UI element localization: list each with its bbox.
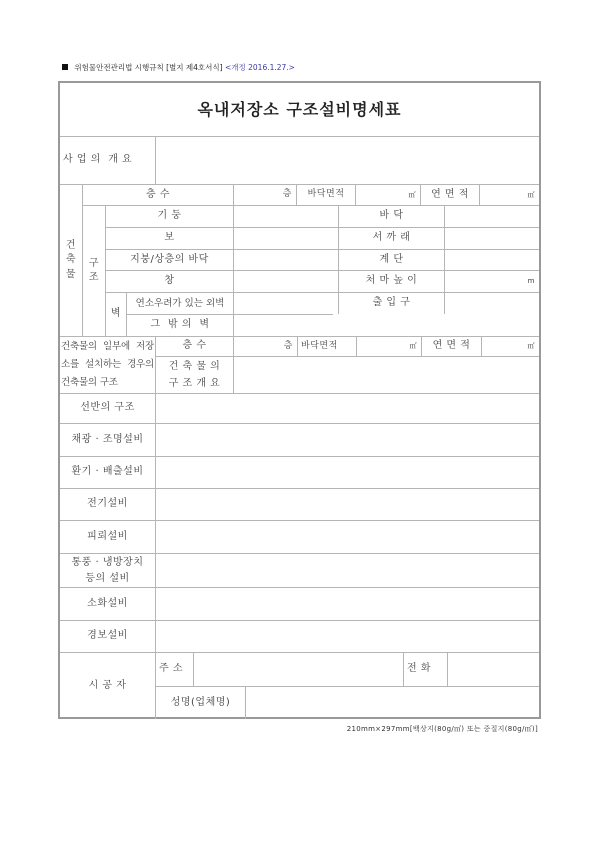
law-reference-header: 위험물안전관리법 시행규칙 [별지 제4호서식] <개정 2016.1.27.> bbox=[62, 62, 295, 73]
total-area-label: 연 면 적 bbox=[421, 185, 479, 205]
ventilation-label: 환기 · 배출설비 bbox=[60, 457, 155, 488]
stairs-label: 계 단 bbox=[339, 250, 444, 270]
lighting-label: 채광 · 조명설비 bbox=[60, 424, 155, 456]
paper-spec-note: 210mm×297mm[백상지(80g/㎡) 또는 중질지(80g/㎡)] bbox=[347, 724, 538, 734]
eave-height-label: 처 마 높 이 bbox=[339, 271, 444, 292]
shelf-structure-field[interactable] bbox=[156, 394, 539, 423]
business-summary-label: 사 업 의 개 요 bbox=[60, 137, 155, 184]
company-name-label: 성명(업체명) bbox=[156, 687, 245, 719]
roof-floor-label: 지붕/상층의 바닥 bbox=[106, 250, 233, 270]
wall-label: 벽 bbox=[106, 293, 126, 336]
partial-floor-area-field[interactable]: ㎡ bbox=[357, 337, 421, 356]
alarm-label: 경보설비 bbox=[60, 621, 155, 652]
beam-label: 보 bbox=[106, 228, 233, 249]
company-name-field[interactable] bbox=[246, 687, 539, 719]
partial-floor-area-unit: ㎡ bbox=[410, 341, 418, 351]
floor-area-label: 바닥면적 bbox=[297, 185, 355, 205]
partial-building-label: 건축물의 일부에 저장소를 설치하는 경우의 건축물의 구조 bbox=[60, 337, 155, 393]
square-bullet-icon bbox=[62, 64, 68, 70]
alarm-field[interactable] bbox=[156, 621, 539, 652]
rafter-label: 서 까 래 bbox=[339, 228, 444, 249]
floors-label: 층 수 bbox=[83, 185, 233, 205]
partial-total-area-unit: ㎡ bbox=[528, 341, 536, 351]
contractor-label: 시 공 자 bbox=[60, 653, 155, 719]
eave-height-field[interactable]: m bbox=[445, 271, 539, 292]
floor-area-field[interactable]: ㎡ bbox=[356, 185, 420, 205]
electrical-field[interactable] bbox=[156, 489, 539, 520]
lightning-protection-field[interactable] bbox=[156, 521, 539, 553]
form-title: 옥내저장소 구조설비명세표 bbox=[60, 83, 539, 136]
floors-unit: 층 bbox=[283, 188, 292, 201]
other-wall-label: 그 밖 의 벽 bbox=[127, 315, 233, 336]
revision-note: <개정 2016.1.27.> bbox=[225, 63, 295, 72]
partial-floors-unit: 층 bbox=[284, 340, 293, 353]
floors-field[interactable]: 층 bbox=[234, 185, 296, 205]
phone-field[interactable] bbox=[448, 653, 539, 686]
pillar-field[interactable] bbox=[234, 206, 338, 227]
shelf-structure-label: 선반의 구조 bbox=[60, 394, 155, 423]
fire-extinguishing-label: 소화설비 bbox=[60, 588, 155, 620]
total-area-field[interactable]: ㎡ bbox=[480, 185, 539, 205]
fire-risk-wall-field[interactable] bbox=[234, 293, 338, 314]
floor-label: 바 닥 bbox=[339, 206, 444, 227]
partial-total-area-label: 연 면 적 bbox=[422, 337, 481, 356]
lighting-field[interactable] bbox=[156, 424, 539, 456]
structure-summary-label: 건 축 물 의 구 조 개 요 bbox=[156, 357, 233, 393]
address-field[interactable] bbox=[194, 653, 403, 686]
air-conditioning-field[interactable] bbox=[156, 554, 539, 587]
total-area-unit: ㎡ bbox=[528, 190, 536, 200]
business-summary-field[interactable] bbox=[156, 137, 539, 184]
lightning-protection-label: 피뢰설비 bbox=[60, 521, 155, 553]
beam-field[interactable] bbox=[234, 228, 338, 249]
phone-label: 전 화 bbox=[404, 653, 447, 686]
partial-total-area-field[interactable]: ㎡ bbox=[482, 337, 539, 356]
window-label: 창 bbox=[106, 271, 233, 292]
structure-summary-field[interactable] bbox=[234, 357, 539, 393]
roof-floor-field[interactable] bbox=[234, 250, 338, 270]
electrical-label: 전기설비 bbox=[60, 489, 155, 520]
fire-extinguishing-field[interactable] bbox=[156, 588, 539, 620]
air-conditioning-label: 통풍 · 냉방장치 등의 설비 bbox=[60, 554, 155, 587]
window-field[interactable] bbox=[234, 271, 338, 292]
eave-height-unit: m bbox=[528, 276, 535, 286]
structure-equipment-form: 옥내저장소 구조설비명세표 사 업 의 개 요 건 축 물 층 수 층 바닥면적… bbox=[58, 81, 541, 719]
pillar-label: 기 둥 bbox=[106, 206, 233, 227]
rafter-field[interactable] bbox=[445, 228, 539, 249]
structure-label: 구 조 bbox=[83, 206, 105, 336]
address-label: 주 소 bbox=[156, 653, 193, 686]
floor-area-unit: ㎡ bbox=[409, 190, 417, 200]
other-wall-field[interactable] bbox=[234, 315, 539, 336]
fire-risk-wall-label: 연소우려가 있는 외벽 bbox=[127, 293, 233, 314]
stairs-field[interactable] bbox=[445, 250, 539, 270]
building-label: 건 축 물 bbox=[60, 185, 82, 336]
ventilation-field[interactable] bbox=[156, 457, 539, 488]
partial-floor-area-label: 바닥면적 bbox=[298, 337, 356, 356]
entrance-label: 출 입 구 bbox=[339, 293, 444, 314]
partial-floors-field[interactable]: 층 bbox=[234, 337, 297, 356]
entrance-field[interactable] bbox=[445, 293, 539, 314]
partial-floors-label: 층 수 bbox=[156, 337, 233, 356]
floor-field[interactable] bbox=[445, 206, 539, 227]
law-reference: 위험물안전관리법 시행규칙 [별지 제4호서식] bbox=[74, 63, 222, 72]
